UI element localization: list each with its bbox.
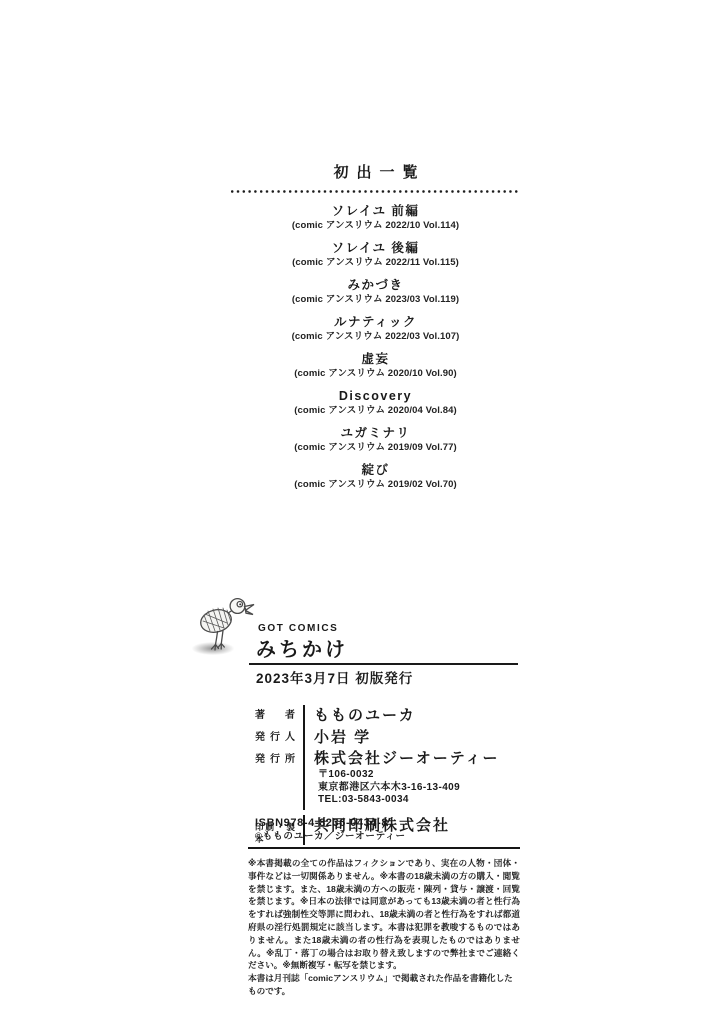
work-item: 虚妄 (comic アンスリウム 2020/10 Vol.90) (231, 351, 520, 380)
publisher-name: 株式会社ジーオーティー (314, 749, 520, 769)
work-item: ソレイユ 後編 (comic アンスリウム 2022/11 Vol.115) (231, 240, 520, 269)
work-title: みかづき (231, 277, 520, 293)
postal-code: 〒106-0032 (318, 769, 520, 782)
work-source: (comic アンスリウム 2019/09 Vol.77) (231, 441, 520, 454)
work-title: ユガミナリ (231, 425, 520, 441)
work-source: (comic アンスリウム 2022/10 Vol.114) (231, 219, 520, 232)
work-title: ルナティック (231, 314, 520, 330)
work-title: ソレイユ 後編 (231, 240, 520, 256)
row-value-publisher-person: 小岩 学 (303, 727, 520, 749)
edition-date: 2023年3月7日 初版発行 (256, 670, 413, 688)
work-item: ユガミナリ (comic アンスリウム 2019/09 Vol.77) (231, 425, 520, 454)
work-source: (comic アンスリウム 2022/11 Vol.115) (231, 256, 520, 269)
row-label-publisher: 発行所 (255, 749, 295, 810)
work-item: ソレイユ 前編 (comic アンスリウム 2022/10 Vol.114) (231, 203, 520, 232)
disclaimer-text: ※本書掲載の全ての作品はフィクションであり、実在の人物・団体・事件などは一切関係… (248, 857, 520, 972)
copyright: ©もものユーカ／ジーオーティー (255, 831, 406, 843)
table-row: 発行人 小岩 学 (255, 727, 520, 749)
first-publication-list: 初出一覧 ソレイユ 前編 (comic アンスリウム 2022/10 Vol.1… (231, 163, 520, 499)
book-title: みちかけ (256, 638, 348, 662)
row-value-publisher: 株式会社ジーオーティー 〒106-0032 東京都港区六本木3-16-13-40… (303, 749, 520, 810)
dotted-divider (231, 190, 520, 193)
work-item: ルナティック (comic アンスリウム 2022/03 Vol.107) (231, 314, 520, 343)
work-source: (comic アンスリウム 2023/03 Vol.119) (231, 293, 520, 306)
table-row: 著者 もものユーカ (255, 705, 520, 727)
work-title: 綻び (231, 462, 520, 478)
work-item: 綻び (comic アンスリウム 2019/02 Vol.70) (231, 462, 520, 491)
row-value-author: もものユーカ (303, 705, 520, 727)
publisher-address: 〒106-0032 東京都港区六本木3-16-13-409 TEL:03-584… (314, 769, 520, 810)
work-item: Discovery (comic アンスリウム 2020/04 Vol.84) (231, 388, 520, 417)
work-title: 虚妄 (231, 351, 520, 367)
street-address: 東京都港区六本木3-16-13-409 (318, 782, 520, 795)
work-item: みかづき (comic アンスリウム 2023/03 Vol.119) (231, 277, 520, 306)
imprint-label: GOT COMICS (258, 623, 338, 635)
title-divider (249, 663, 518, 665)
page-title: 初出一覧 (231, 163, 520, 183)
work-source: (comic アンスリウム 2020/04 Vol.84) (231, 404, 520, 417)
work-source: (comic アンスリウム 2019/02 Vol.70) (231, 478, 520, 491)
legal-disclaimer: ※本書掲載の全ての作品はフィクションであり、実在の人物・団体・事件などは一切関係… (248, 847, 520, 998)
bird-doodle-icon (194, 594, 258, 658)
colophon-page: { "first_publication": { "title": "初出一覧"… (0, 0, 720, 1022)
work-source: (comic アンスリウム 2022/03 Vol.107) (231, 330, 520, 343)
table-row: 発行所 株式会社ジーオーティー 〒106-0032 東京都港区六本木3-16-1… (255, 749, 520, 810)
isbn: ISBN978-4-8236-0434-8 (255, 817, 388, 830)
work-title: ソレイユ 前編 (231, 203, 520, 219)
row-label-publisher-person: 発行人 (255, 727, 295, 749)
work-source: (comic アンスリウム 2020/10 Vol.90) (231, 367, 520, 380)
work-title: Discovery (231, 388, 520, 404)
phone-number: TEL:03-5843-0034 (318, 794, 520, 807)
row-label-author: 著者 (255, 705, 295, 727)
disclaimer-source-note: 本書は月刊誌「comicアンスリウム」で掲載された作品を書籍化したものです。 (248, 972, 520, 998)
